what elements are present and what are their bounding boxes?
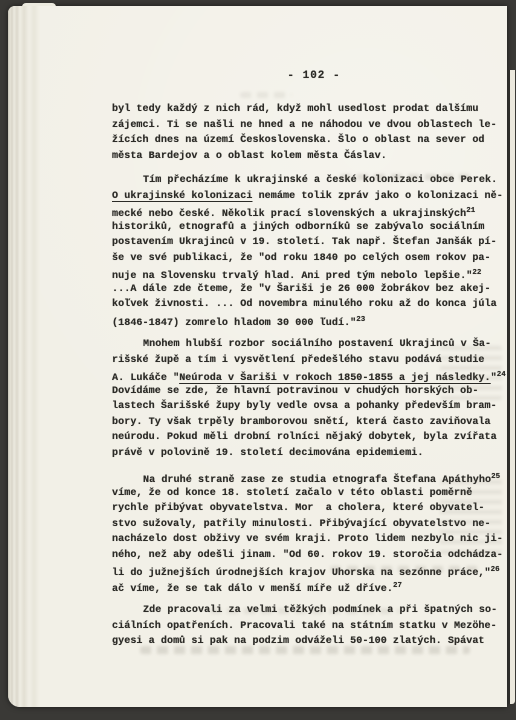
text-segment: Mnohem hlubší rozbor sociálního postaven… — [143, 339, 491, 350]
footnote-reference: 23 — [356, 316, 365, 324]
text-line: města Bardejov a o oblast kolem města Čá… — [112, 149, 516, 165]
text-segment: zájemci. Ti se našli ne hned a ne náhodo… — [112, 120, 497, 131]
text-line: žících dnes na území Československa. Šlo… — [112, 133, 516, 149]
text-segment: Na druhé straně zase ze studia etnografa… — [143, 475, 491, 486]
text-segment: ...A dále zde čteme, že "v Šariši je 26 … — [112, 284, 491, 295]
text-segment: nemáme tolik zpráv jako o kolonizaci ně- — [252, 191, 502, 202]
text-line: zájemci. Ti se našli ne hned a ne náhodo… — [112, 118, 516, 134]
bleedthrough-smudge — [340, 174, 470, 180]
text-segment: žících dnes na území Československa. Šlo… — [112, 135, 485, 146]
footnote-reference: 27 — [393, 582, 402, 590]
text-line: mecké nebo české. Několik prací slovensk… — [112, 204, 516, 220]
text-segment: historiků, etnografů a jiných odborníků … — [112, 222, 485, 233]
text-segment: mecké nebo české. Několik prací slovensk… — [112, 209, 466, 220]
bleedthrough-smudge — [440, 474, 502, 554]
text-segment: Dovídáme se zde, že hlavní potravinou v … — [112, 386, 478, 397]
footnote-reference: 21 — [466, 207, 475, 215]
text-line: postavením Ukrajinců v 19. století. Tak … — [112, 235, 516, 251]
text-segment: ciálních opatřeních. Pracovali také na s… — [112, 621, 497, 632]
text-line: ...A dále zde čteme, že "v Šariši je 26 … — [112, 282, 516, 298]
text-segment: lastech Šarišské župy byly vedle ovsa a … — [112, 401, 497, 412]
text-segment: A. Lukáče " — [112, 373, 179, 384]
text-segment: byl tedy každý z nich rád, když mohl use… — [112, 104, 478, 115]
text-line: še ve své publikaci, že "od roku 1840 po… — [112, 251, 516, 267]
page-number: - 102 - — [120, 70, 508, 82]
text-line: neúrodu. Pokud měli drobní rolníci nějak… — [112, 430, 516, 446]
text-line: O ukrajinské kolonizaci nemáme tolik zpr… — [112, 189, 516, 205]
bleedthrough-smudge — [240, 92, 292, 98]
text-segment: neúrodu. Pokud měli drobní rolníci nějak… — [112, 432, 497, 443]
document-page: - 102 - byl tedy každý z nich rád, když … — [40, 6, 507, 707]
text-line: lastech Šarišské župy byly vedle ovsa a … — [112, 399, 516, 415]
text-segment: stvo sužovaly, patřily minulosti. Přibýv… — [112, 519, 491, 530]
scanner-background: - 102 - byl tedy každý z nich rád, když … — [0, 0, 516, 720]
footnote-reference: 26 — [491, 566, 500, 574]
footnote-reference: 22 — [472, 269, 481, 277]
text-line: ciálních opatřeních. Pracovali také na s… — [112, 619, 516, 635]
bleedthrough-smudge — [440, 346, 502, 400]
text-segment: postavením Ukrajinců v 19. století. Tak … — [112, 237, 497, 248]
book-page-stack: - 102 - byl tedy každý z nich rád, když … — [8, 6, 507, 707]
text-line: bory. Ty však trpěly bramborovou snětí, … — [112, 415, 516, 431]
bleedthrough-smudge — [140, 646, 470, 654]
text-segment: (1846-1847) zomrelo hladom 30 000 ľudí." — [112, 318, 356, 329]
paragraph: Tím přecházíme k ukrajinské a české kolo… — [112, 173, 516, 328]
text-line: právě v polovině 19. století decimována … — [112, 446, 516, 462]
adjacent-page-edge — [508, 70, 515, 704]
text-segment: ač víme, že se tak dálo v menší míře už … — [112, 584, 393, 595]
text-segment: města Bardejov a o oblast kolem města Čá… — [112, 151, 387, 162]
text-segment: še ve své publikaci, že "od roku 1840 po… — [112, 253, 491, 264]
text-line: byl tedy každý z nich rád, když mohl use… — [112, 102, 516, 118]
bleedthrough-smudge — [330, 566, 480, 572]
paragraph: byl tedy každý z nich rád, když mohl use… — [112, 102, 516, 164]
text-line: (1846-1847) zomrelo hladom 30 000 ľudí."… — [112, 313, 516, 329]
text-line: nuje na Slovensku trvalý hlad. Ani pred … — [112, 266, 516, 282]
text-segment: nuje na Slovensku trvalý hlad. Ani pred … — [112, 271, 472, 282]
text-segment: koľvek živnosti. ... Od novembra minuléh… — [112, 299, 497, 310]
text-segment: bory. Ty však trpěly bramborovou snětí, … — [112, 417, 491, 428]
text-line: koľvek živnosti. ... Od novembra minuléh… — [112, 297, 516, 313]
text-line: historiků, etnografů a jiných odborníků … — [112, 220, 516, 236]
underlined-text: O ukrajinské kolonizaci — [112, 191, 252, 202]
text-line: ač víme, že se tak dálo v menší míře už … — [112, 579, 516, 595]
text-segment: rišské župě a tím i vysvětlení předešléh… — [112, 355, 485, 366]
text-segment: víme, že od konce 18. století začalo v t… — [112, 488, 472, 499]
text-segment: právě v polovině 19. století decimována … — [112, 448, 423, 459]
page-stack-edge — [8, 6, 40, 707]
text-segment: rychle přibývat obyvatelstva. Mor a chol… — [112, 503, 485, 514]
bleedthrough-smudge — [210, 608, 400, 614]
